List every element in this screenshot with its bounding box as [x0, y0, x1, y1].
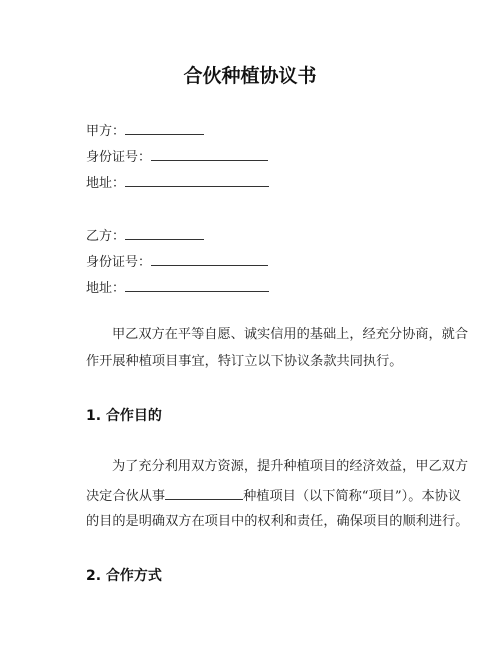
section-2-heading: 2. 合作方式	[86, 565, 162, 585]
party-a-address-label: 地址：	[86, 176, 125, 191]
party-a-id-label: 身份证号：	[86, 150, 151, 165]
party-b-name-label: 乙方：	[86, 229, 125, 244]
party-b-address-label: 地址：	[86, 281, 125, 296]
party-a-address-blank[interactable]	[125, 174, 269, 187]
section-1-line-3: 的目的是明确双方在项目中的权利和责任，确保项目的顺利进行。	[86, 514, 468, 530]
party-a-id-blank[interactable]	[151, 148, 268, 161]
party-b-name-blank[interactable]	[125, 227, 204, 240]
party-a-id-field: 身份证号：	[86, 148, 268, 166]
intro-line-1: 甲乙双方在平等自愿、诚实信用的基础上，经充分协商，就合	[86, 327, 468, 343]
party-b-id-blank[interactable]	[151, 253, 268, 266]
intro-line-2: 作开展种植项目事宜，特订立以下协议条款共同执行。	[86, 354, 403, 370]
party-b-name-field: 乙方：	[86, 227, 204, 245]
party-b-address-field: 地址：	[86, 279, 269, 297]
party-a-address-field: 地址：	[86, 174, 269, 192]
party-a-name-label: 甲方：	[86, 124, 125, 139]
planting-item-blank[interactable]	[165, 487, 243, 500]
section-1-line-2-prefix: 决定合伙从事	[86, 489, 165, 504]
section-1-line-2-suffix: 种植项目（以下简称“项目”）。本协议	[243, 489, 461, 504]
party-a-name-blank[interactable]	[125, 122, 204, 135]
section-1-line-2: 决定合伙从事种植项目（以下简称“项目”）。本协议	[86, 487, 461, 505]
section-1-heading: 1. 合作目的	[86, 405, 162, 425]
party-b-id-label: 身份证号：	[86, 255, 151, 270]
party-b-id-field: 身份证号：	[86, 253, 268, 271]
section-1-line-1: 为了充分利用双方资源，提升种植项目的经济效益，甲乙双方	[86, 459, 468, 475]
document-title: 合伙种植协议书	[0, 61, 500, 88]
party-a-name-field: 甲方：	[86, 122, 204, 140]
party-b-address-blank[interactable]	[125, 279, 269, 292]
